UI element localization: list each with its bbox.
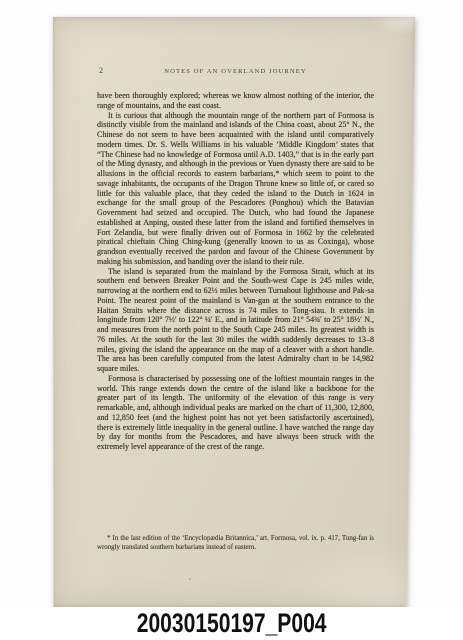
body-paragraph-continuation: have been thoroughly explored; whereas w… (97, 91, 374, 111)
paper-sheet: 2 NOTES OF AN OVERLAND JOURNEY have been… (53, 17, 415, 607)
body-paragraph-2: It is curious that although the mountain… (97, 111, 374, 267)
page-header: 2 NOTES OF AN OVERLAND JOURNEY (97, 66, 374, 78)
paper-surface: 2 NOTES OF AN OVERLAND JOURNEY have been… (53, 17, 415, 607)
scanned-book-page: 2 NOTES OF AN OVERLAND JOURNEY have been… (0, 0, 463, 640)
body-paragraph-4: Formosa is characterised by possessing o… (97, 374, 374, 452)
body-paragraph-3: The island is separated from the mainlan… (97, 267, 374, 374)
accession-number: 20030150197_P004 (137, 610, 327, 637)
paper-speck (301, 172, 303, 174)
paper-speck (189, 578, 191, 580)
footnote: * In the last edition of the ‘Encyclopæd… (97, 534, 374, 553)
running-title: NOTES OF AN OVERLAND JOURNEY (97, 67, 374, 76)
body-text: have been thoroughly explored; whereas w… (97, 91, 374, 452)
archive-label-strip: 20030150197_P004 (0, 607, 463, 640)
